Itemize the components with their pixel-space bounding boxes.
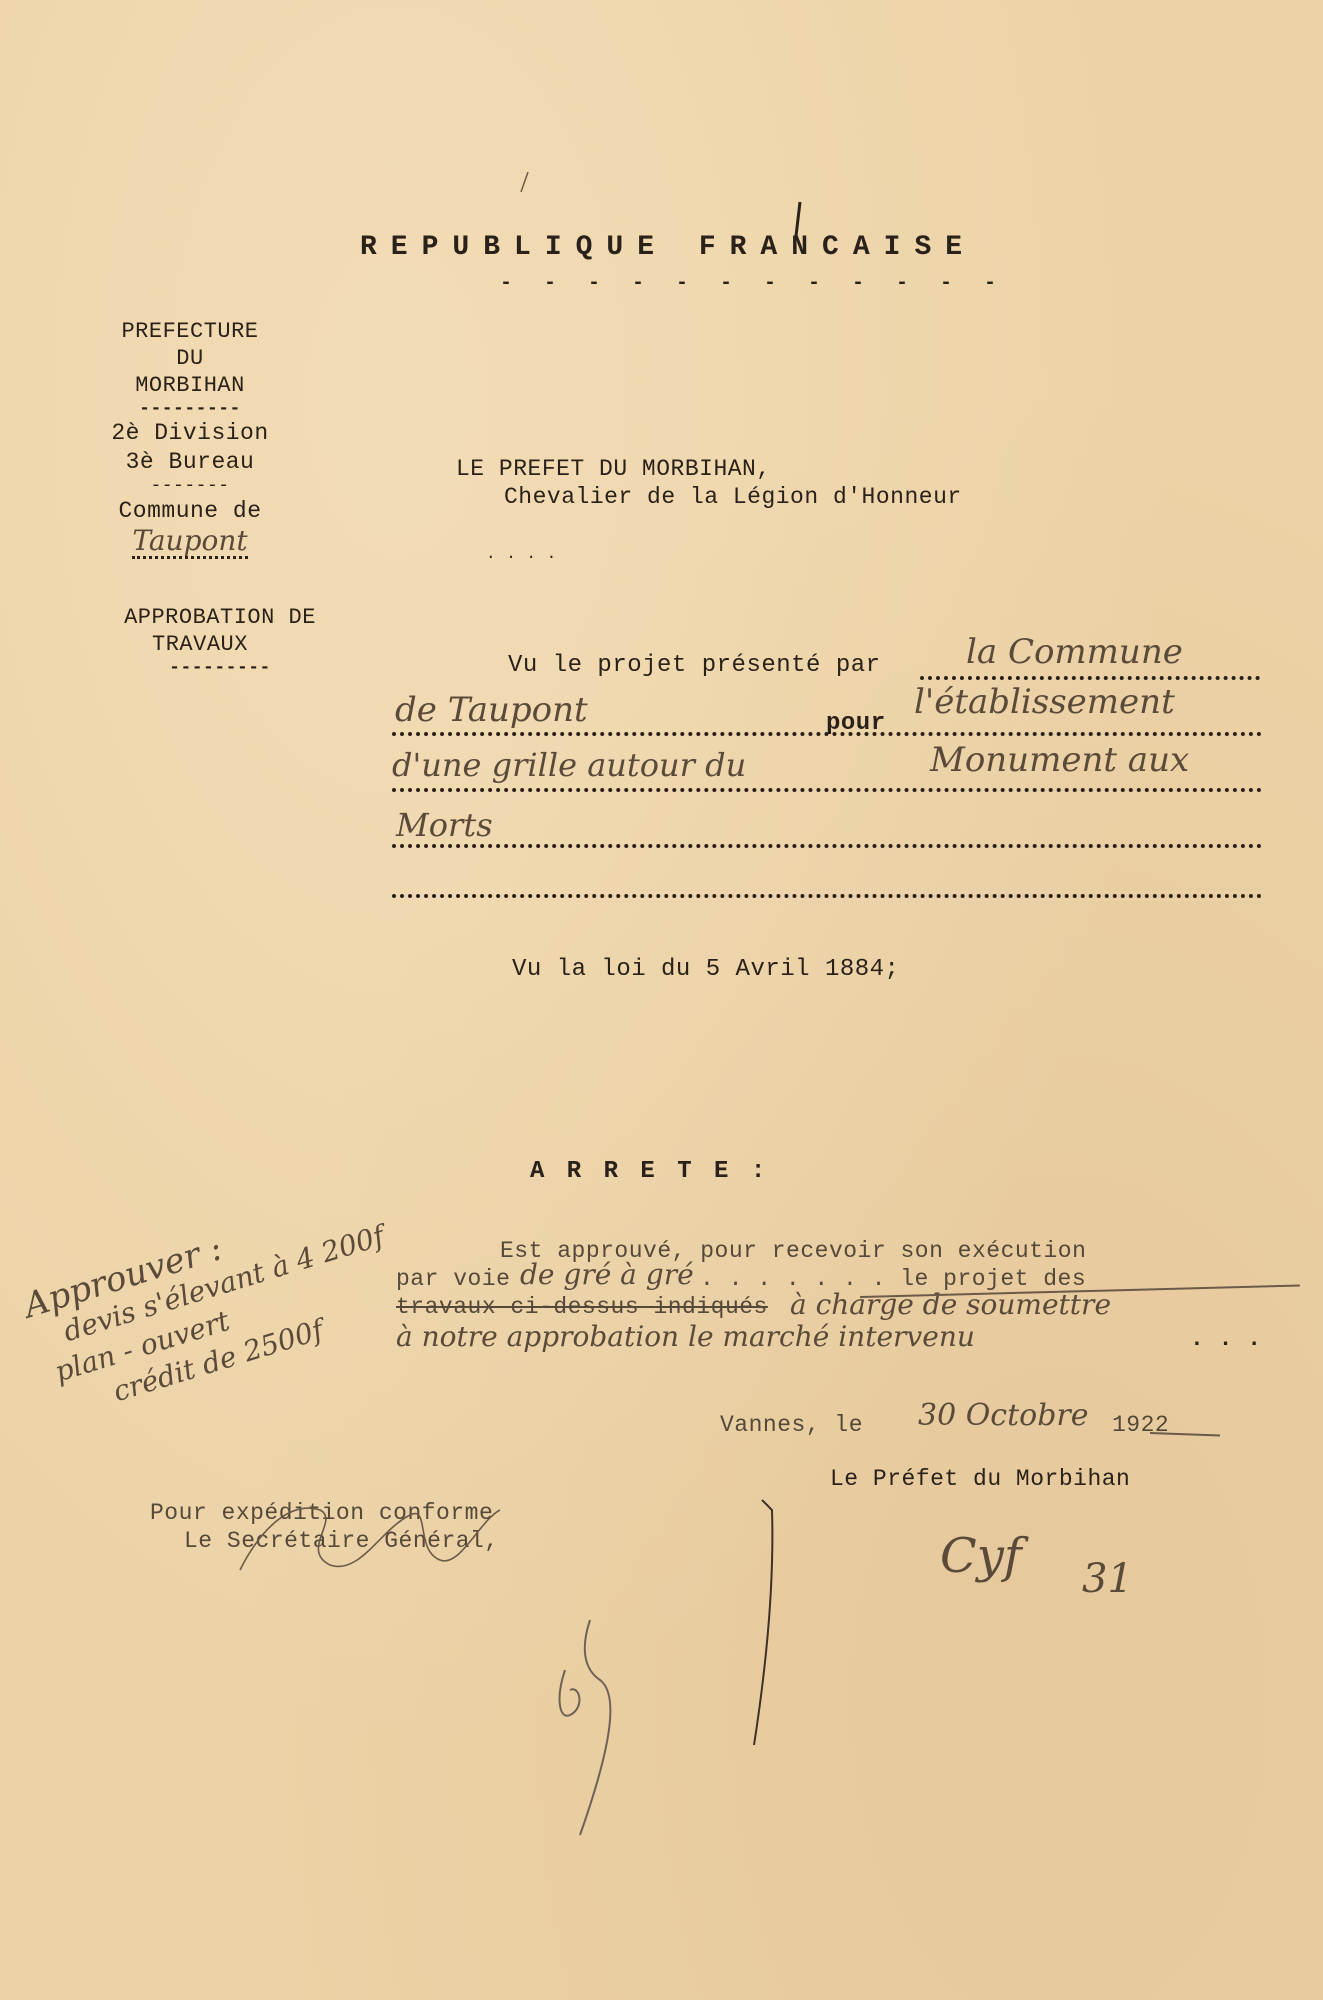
bureau-line: 3è Bureau bbox=[90, 448, 290, 476]
handwritten-presenter: la Commune bbox=[966, 632, 1183, 672]
fill-line-5 bbox=[392, 894, 1262, 898]
republic-header-title: REPUBLIQUE FRANCAISE bbox=[360, 232, 976, 263]
subject-block: APPROBATION DE TRAVAUX --------- bbox=[90, 604, 350, 678]
prefecture-du-line: DU bbox=[90, 346, 290, 372]
commune-label: Commune de bbox=[90, 496, 290, 526]
recital-pour: pour bbox=[826, 710, 886, 737]
handwritten-object-1: l'établissement bbox=[914, 682, 1175, 722]
decision-heading: A R R E T E : bbox=[530, 1158, 769, 1185]
prefecture-line: PREFECTURE bbox=[90, 318, 290, 346]
subject-line-1: APPROBATION DE bbox=[90, 604, 350, 632]
fill-line-1 bbox=[920, 676, 1260, 680]
recital-law: Vu la loi du 5 Avril 1884; bbox=[512, 956, 899, 983]
handwritten-object-3: Monument aux bbox=[930, 740, 1189, 780]
fill-line-3 bbox=[392, 788, 1262, 792]
article-line-2-handwritten: de gré à gré bbox=[520, 1258, 694, 1291]
commune-name-handwritten: Taupont bbox=[132, 526, 247, 559]
header-accent-stroke bbox=[792, 200, 804, 240]
subject-line-2: TRAVAUX bbox=[50, 632, 350, 658]
division-line: 2è Division bbox=[90, 418, 290, 448]
date-year: 1922 bbox=[1112, 1412, 1169, 1438]
handwritten-date: 30 Octobre bbox=[918, 1398, 1089, 1433]
article-line-4-handwritten: à notre approbation le marché intervenu bbox=[396, 1320, 975, 1353]
subject-separator: --------- bbox=[90, 658, 350, 678]
authority-dots: . . . . bbox=[486, 545, 557, 563]
handwritten-object-4: Morts bbox=[396, 806, 493, 844]
article-line-3-typed: travaux ci-dessus indiqués bbox=[396, 1294, 768, 1320]
authority-honor: Chevalier de la Légion d'Honneur bbox=[504, 484, 962, 510]
prefecture-department-line: MORBIHAN bbox=[90, 372, 290, 400]
prefecture-block: PREFECTURE DU MORBIHAN --------- 2è Divi… bbox=[90, 318, 290, 559]
prefecture-separator: --------- bbox=[90, 400, 290, 418]
pencil-vertical-stroke bbox=[750, 1495, 790, 1755]
fill-line-4 bbox=[392, 844, 1262, 848]
article-line-4-end: . . . bbox=[1190, 1326, 1262, 1352]
authority-title: LE PREFET DU MORBIHAN, bbox=[456, 456, 771, 482]
prefect-signature: Cyf bbox=[940, 1528, 1022, 1584]
prefect-signatory: Le Préfet du Morbihan bbox=[830, 1466, 1130, 1492]
handwritten-object-2: d'une grille autour du bbox=[392, 746, 746, 784]
initials-scribble bbox=[200, 1490, 520, 1580]
pencil-mark-65 bbox=[550, 1620, 670, 1840]
place-label: Vannes, le bbox=[720, 1412, 863, 1438]
margin-note: Approuver : devis s'élevant à 4 200f pla… bbox=[20, 1184, 410, 1428]
stray-mark bbox=[518, 170, 530, 194]
handwritten-commune: de Taupont bbox=[395, 690, 588, 730]
republic-header-underline: - - - - - - - - - - - - bbox=[500, 272, 1006, 295]
division-separator: ------- bbox=[90, 476, 290, 496]
prefect-signature-number: 31 bbox=[1082, 1556, 1133, 1602]
archival-document-page: REPUBLIQUE FRANCAISE - - - - - - - - - -… bbox=[0, 0, 1323, 2000]
recital-project-prefix: Vu le projet présenté par bbox=[508, 652, 881, 679]
article-line-2-a: par voie bbox=[396, 1266, 510, 1292]
